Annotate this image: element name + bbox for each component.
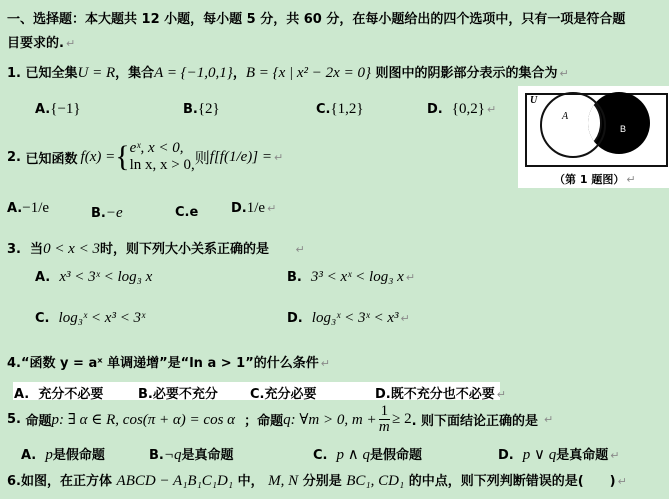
question-number: 3.	[7, 242, 21, 257]
q1-option-b[interactable]: B.{2}	[183, 101, 220, 118]
option-math: p ∧ q	[337, 447, 370, 463]
option-value: 是假命题	[370, 448, 422, 463]
option-label: C.	[35, 311, 49, 326]
question-text: 命题	[26, 410, 52, 429]
paragraph-mark-icon: ↵	[274, 151, 283, 164]
option-value: 既不充分也不必要	[391, 387, 495, 402]
paragraph-mark-icon: ↵	[487, 103, 496, 116]
figure-caption-text: （第 1 题图）	[554, 173, 624, 186]
option-label: D.	[287, 311, 303, 326]
figure-caption: （第 1 题图）↵	[554, 171, 636, 187]
question-number: 5.	[7, 412, 21, 427]
q1-option-d[interactable]: D. {0,2}↵	[427, 101, 496, 118]
option-label: C.	[250, 387, 264, 402]
math-expression: ≥ 2	[392, 411, 411, 428]
question-text: 如图，在正方体	[21, 474, 112, 489]
question-text: ，	[233, 66, 246, 81]
section-header-text: 目要求的.	[7, 36, 64, 51]
q5-option-c[interactable]: C. p ∧ q是假命题	[313, 444, 422, 464]
option-math: p ∨ q	[523, 447, 556, 463]
question-number: 6.	[7, 474, 21, 489]
option-value: {−1}	[50, 101, 80, 117]
fraction-numerator: 1	[379, 404, 391, 420]
q2-option-a[interactable]: A.−1/e	[7, 200, 49, 217]
option-label: D.	[427, 102, 443, 117]
question-4: 4.“函数 y = aˣ 单调递增”是“ln a > 1”的什么条件↵	[7, 352, 330, 371]
question-text: 当	[30, 242, 43, 257]
universe-label: U	[530, 95, 537, 106]
fraction-denominator: m	[379, 420, 390, 435]
option-label: A.	[21, 448, 36, 463]
option-value: 是假命题	[53, 448, 105, 463]
q5-option-a[interactable]: A. p是假命题	[21, 444, 105, 464]
option-label: C.	[175, 205, 189, 220]
option-label: B.	[149, 448, 164, 463]
math-expression: A = {−1,0,1}	[154, 65, 233, 81]
option-label: A.	[14, 387, 29, 402]
question-3: 3. 当0 < x < 3时，则下列大小关系正确的是 ↵	[7, 238, 305, 258]
option-math: p	[45, 447, 53, 463]
math-expression: BC₁, CD₁	[346, 473, 404, 489]
paragraph-mark-icon: ↵	[66, 37, 75, 50]
option-label: A.	[35, 102, 50, 117]
q4-option-c[interactable]: C.充分必要	[250, 383, 317, 402]
question-text: 的中点，则下列判断错误的是( )	[409, 474, 616, 489]
math-expression: M, N	[268, 473, 298, 489]
paragraph-mark-icon: ↵	[321, 357, 330, 370]
math-expression: 0 < x < 3	[43, 241, 100, 257]
q2-option-d[interactable]: D.1/e↵	[231, 200, 276, 217]
paragraph-mark-icon: ↵	[296, 243, 305, 256]
set-b-label: B	[620, 124, 626, 134]
question-text: ；命题	[244, 410, 283, 429]
piecewise-cases: eˣ, x < 0, ln x, x > 0,	[130, 140, 195, 174]
question-text: “函数 y = aˣ 单调递增”是“ln a > 1”的什么条件	[21, 356, 319, 371]
question-text: 则图中的阴影部分表示的集合为	[375, 66, 557, 81]
question-number: 4.	[7, 356, 21, 371]
question-text: 已知函数	[26, 148, 78, 167]
question-text: 分别是	[303, 474, 342, 489]
option-value: 必要不充分	[153, 387, 218, 402]
question-text: 已知全集	[26, 66, 78, 81]
paragraph-mark-icon: ↵	[497, 388, 506, 401]
section-header-line2: 目要求的.↵	[7, 32, 75, 51]
q4-option-b[interactable]: B.必要不充分	[138, 383, 218, 402]
option-value: 1/e	[247, 200, 265, 216]
q3-option-b[interactable]: B. 3³ < xˣ < log₃ x↵	[287, 269, 415, 286]
paragraph-mark-icon: ↵	[560, 67, 569, 80]
math-expression: f[f(1/e)] =	[210, 149, 272, 166]
option-value: e	[189, 205, 198, 220]
option-value: log₃ˣ < x³ < 3ˣ	[59, 310, 146, 326]
option-value: −e	[106, 205, 123, 221]
q3-option-d[interactable]: D. log₃ˣ < 3ˣ < x³↵	[287, 310, 410, 327]
paragraph-mark-icon: ↵	[610, 449, 619, 462]
question-2: 2. 已知函数 f(x) = { eˣ, x < 0, ln x, x > 0,…	[7, 140, 283, 174]
option-value: x³ < 3ˣ < log₃ x	[59, 269, 152, 285]
q5-option-b[interactable]: B.¬q是真命题	[149, 444, 234, 464]
left-brace: {	[115, 142, 129, 172]
q1-option-a[interactable]: A.{−1}	[35, 101, 81, 118]
option-label: D.	[375, 387, 391, 402]
option-value: {0,2}	[452, 101, 485, 117]
option-value: 是真命题	[181, 448, 233, 463]
question-text: 时，则下列大小关系正确的是	[100, 242, 269, 257]
q4-option-a[interactable]: A. 充分不必要	[14, 383, 103, 402]
option-label: C.	[313, 448, 327, 463]
option-label: C.	[316, 102, 330, 117]
option-value: 充分必要	[264, 387, 316, 402]
question-number: 1.	[7, 66, 21, 81]
option-label: B.	[91, 206, 106, 221]
option-value: {2}	[198, 101, 220, 117]
option-value: {1,2}	[330, 101, 363, 117]
set-a-label: A	[562, 111, 568, 122]
question-text: 中，	[238, 474, 264, 489]
option-value: 3³ < xˣ < log₃ x	[311, 269, 404, 285]
option-label: A.	[7, 201, 22, 216]
case-1: eˣ, x < 0,	[130, 140, 195, 157]
set-a-circle	[540, 92, 606, 158]
question-6: 6.如图，在正方体 ABCD − A₁B₁C₁D₁ 中， M, N 分别是 BC…	[7, 470, 627, 490]
option-value: log₃ˣ < 3ˣ < x³	[312, 310, 399, 326]
math-expression: ABCD − A₁B₁C₁D₁	[117, 473, 234, 489]
option-math: ¬q	[164, 447, 182, 463]
question-text: ，集合	[115, 66, 154, 81]
q2-option-c[interactable]: C.e	[175, 205, 198, 220]
section-header-line1: 一、选择题：本大题共 12 小题，每小题 5 分，共 60 分，在每小题给出的四…	[7, 8, 625, 27]
q5-option-d[interactable]: D. p ∨ q是真命题↵	[498, 444, 620, 464]
option-label: B.	[138, 387, 153, 402]
option-value: 充分不必要	[38, 387, 103, 402]
option-label: D.	[231, 201, 247, 216]
q3-option-a[interactable]: A. x³ < 3ˣ < log₃ x	[35, 269, 152, 286]
question-number: 2.	[7, 150, 21, 165]
option-label: A.	[35, 270, 50, 285]
question-text: 则	[195, 147, 210, 168]
math-expression: f(x) =	[81, 149, 116, 166]
q2-option-b[interactable]: B.−e	[91, 205, 123, 222]
option-label: D.	[498, 448, 514, 463]
option-label: B.	[287, 270, 302, 285]
math-expression: U = R	[78, 65, 116, 81]
question-1: 1. 已知全集U = R，集合A = {−1,0,1}，B = {x | x² …	[7, 62, 569, 82]
math-expression: B = {x | x² − 2x = 0}	[246, 65, 371, 81]
option-value: −1/e	[22, 200, 49, 216]
paragraph-mark-icon: ↵	[626, 173, 635, 186]
question-text: . 则下面结论正确的是	[412, 410, 538, 429]
paragraph-mark-icon: ↵	[406, 271, 415, 284]
venn-diagram-figure: U A B （第 1 题图）↵	[518, 86, 669, 188]
proposition-p: p: ∃ α ∈ R, cos(π + α) = cos α	[52, 410, 236, 429]
fraction: 1m	[379, 404, 391, 435]
q3-option-c[interactable]: C. log₃ˣ < x³ < 3ˣ	[35, 310, 145, 327]
paragraph-mark-icon: ↵	[544, 413, 553, 426]
paragraph-mark-icon: ↵	[401, 312, 410, 325]
option-value: 是真命题	[556, 448, 608, 463]
case-2: ln x, x > 0,	[130, 157, 195, 174]
option-label: B.	[183, 102, 198, 117]
paragraph-mark-icon: ↵	[267, 202, 276, 215]
proposition-q: q: ∀m > 0, m +	[283, 410, 376, 429]
q4-option-d[interactable]: D.既不充分也不必要↵	[375, 383, 506, 402]
q1-option-c[interactable]: C.{1,2}	[316, 101, 364, 118]
paragraph-mark-icon: ↵	[618, 475, 627, 488]
question-5: 5. 命题 p: ∃ α ∈ R, cos(π + α) = cos α ；命题…	[7, 404, 553, 435]
